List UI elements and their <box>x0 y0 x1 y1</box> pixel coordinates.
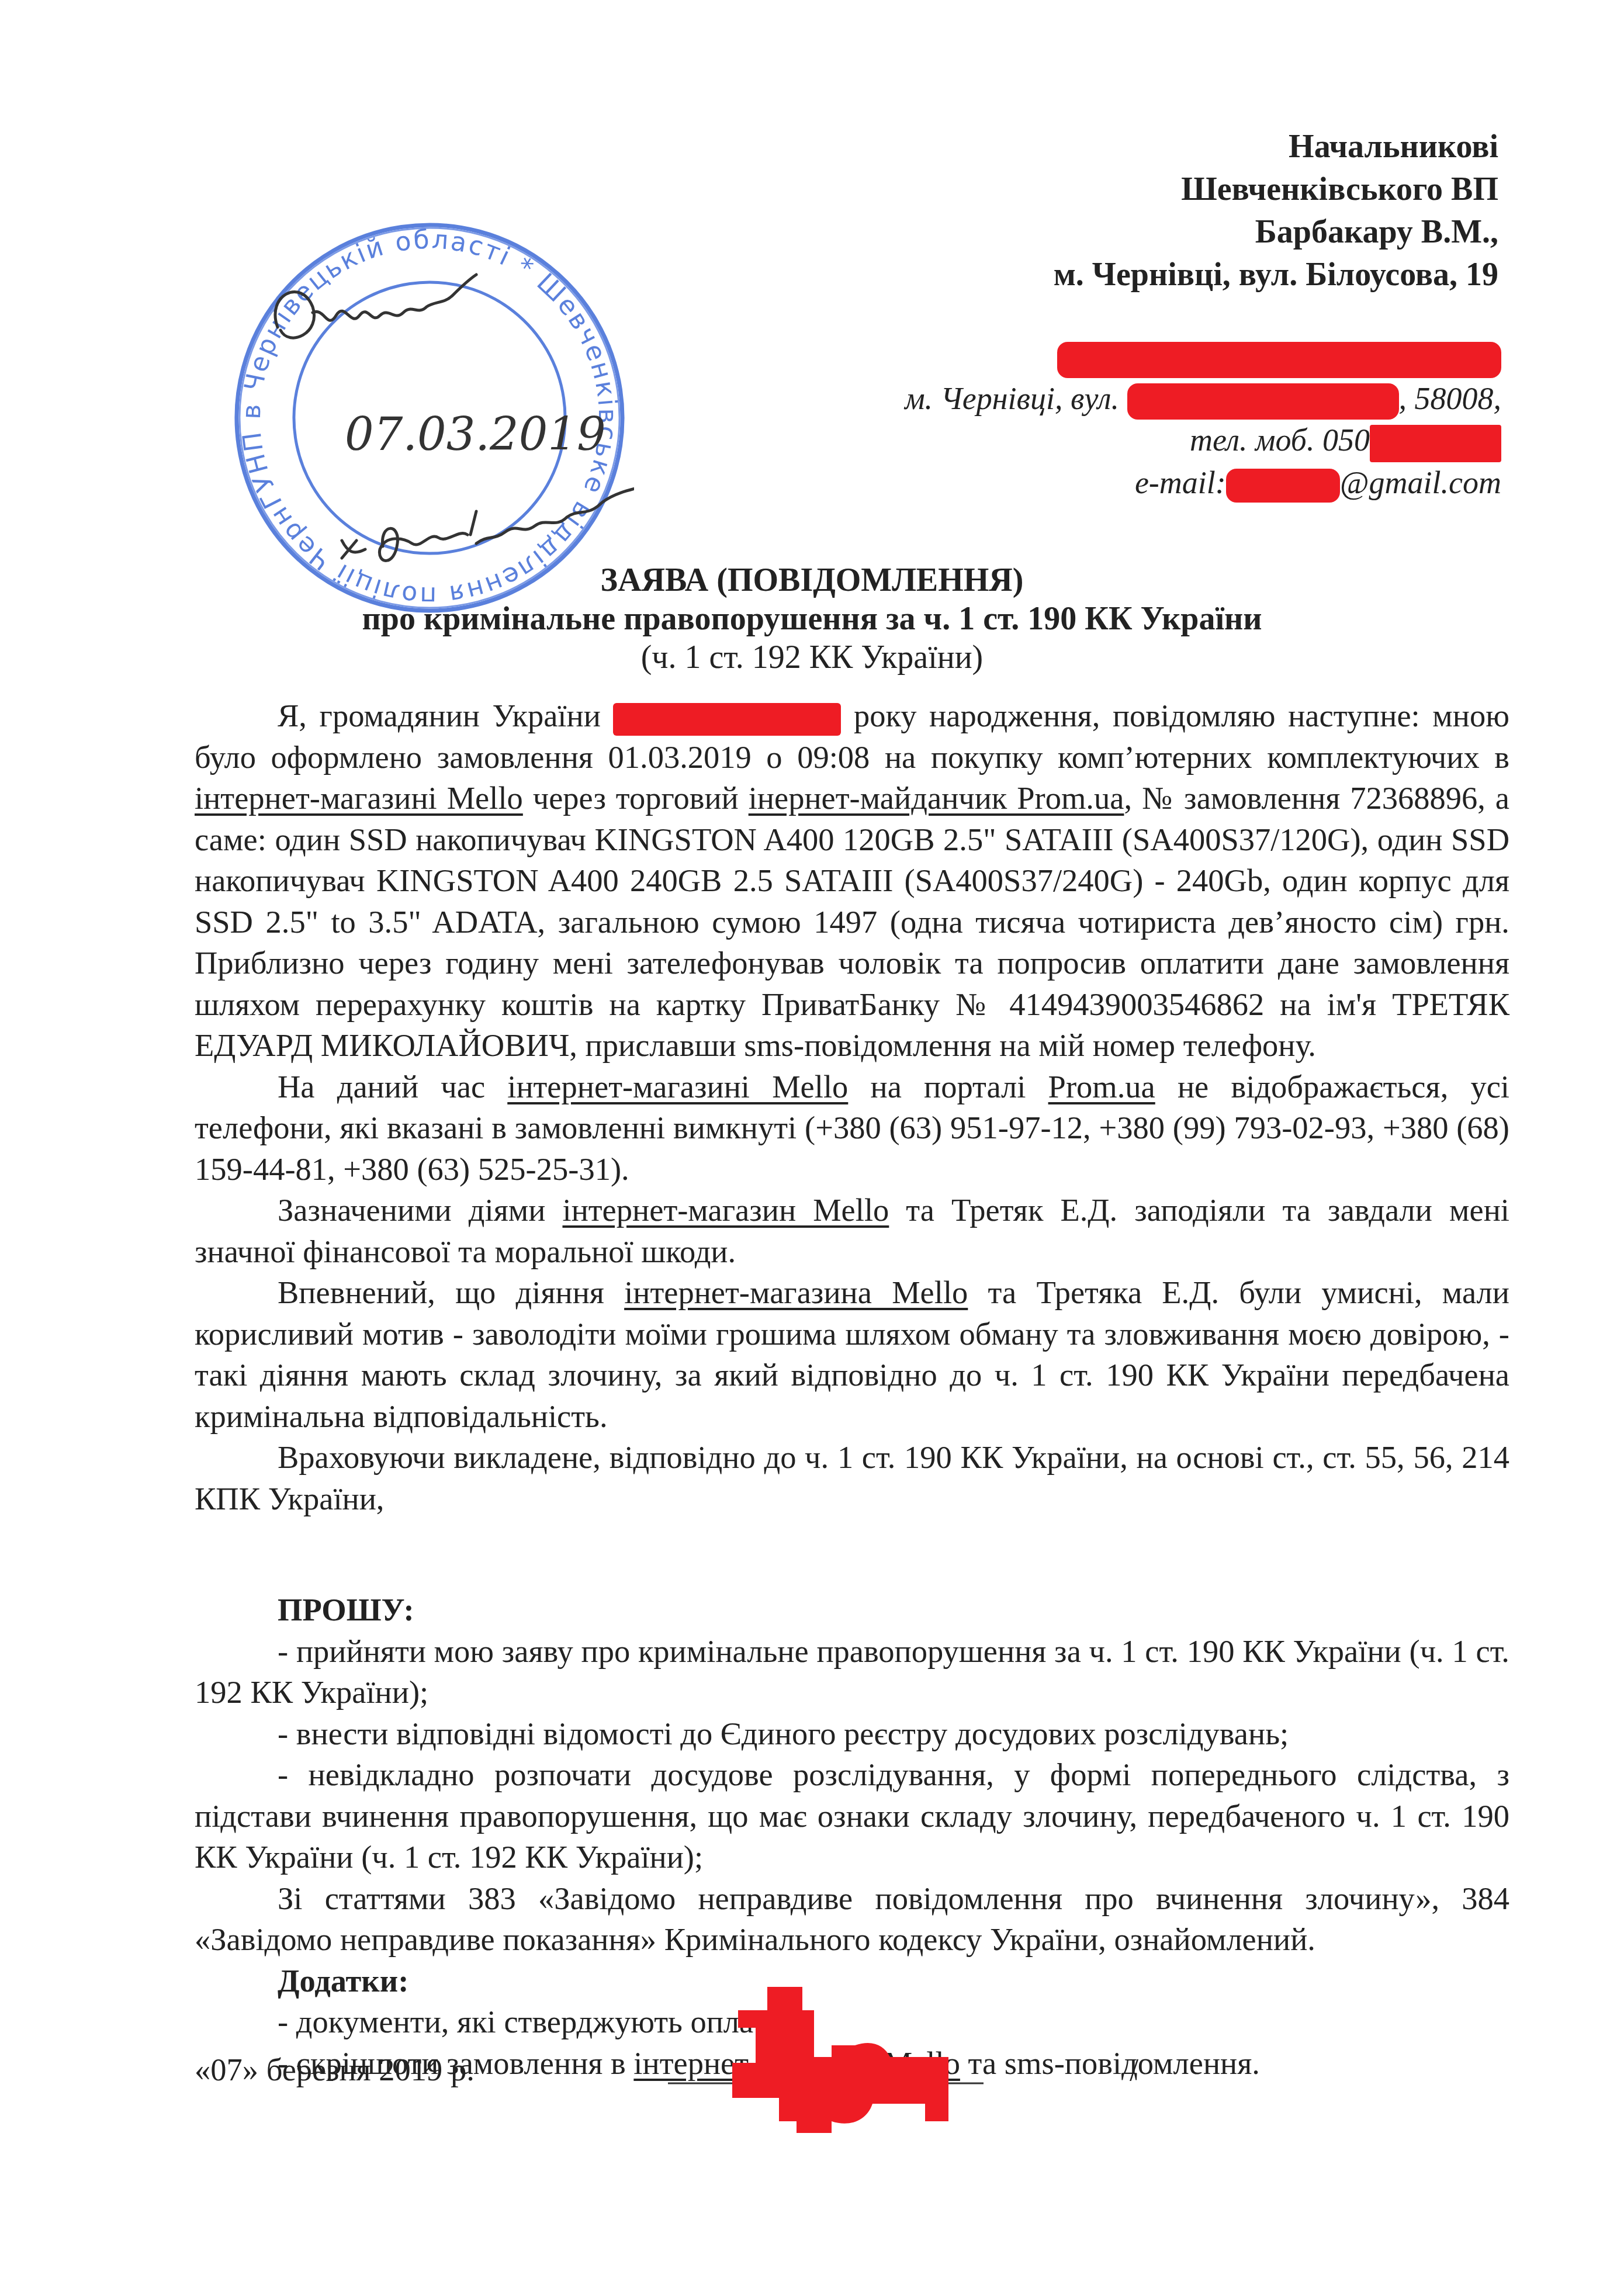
request-item: - невідкладно розпочати досудове розслід… <box>195 1754 1509 1878</box>
paragraph-statement: Я, громадянин України року народження, п… <box>195 695 1509 1066</box>
phone-prefix: тел. моб. 050 <box>1190 423 1370 458</box>
paragraph-current-status: На даний час інтернет-магазині Mello на … <box>195 1066 1509 1190</box>
paragraph-legal-basis: Враховуючи викладене, відповідно до ч. 1… <box>195 1437 1509 1519</box>
link-prom: Prom.ua <box>1048 1069 1155 1104</box>
sender-email-line: e-mail:@gmail.com <box>905 462 1501 504</box>
link-mello-shop: інтернет-магазині Mello <box>195 780 523 816</box>
link-prom-marketplace: інернет-майданчик Prom.ua <box>749 780 1124 816</box>
sender-block: м. Чернівці, вул. , 58008, тел. моб. 050… <box>905 336 1501 504</box>
redacted-name <box>1057 342 1501 378</box>
addressee-block: Начальникові Шевченківського ВП Барбакар… <box>1054 126 1498 296</box>
email-prefix: e-mail: <box>1135 465 1226 500</box>
link-mello-shop: інтернет-магазин Mello <box>562 1192 889 1228</box>
email-domain: @gmail.com <box>1340 465 1501 500</box>
postal-code: , 58008, <box>1399 381 1502 416</box>
sender-address-line: м. Чернівці, вул. , 58008, <box>905 378 1501 420</box>
document-date: «07» березня 2019 р. <box>195 2051 475 2088</box>
paragraph-damages: Зазначеними діями інтернет-магазин Mello… <box>195 1190 1509 1272</box>
request-item: - внести відповідні відомості до Єдиного… <box>195 1713 1509 1755</box>
paragraph-intent: Впевнений, що діяння інтернет-магазина M… <box>195 1272 1509 1437</box>
addressee-line: Шевченківського ВП <box>1054 168 1498 211</box>
request-heading: ПРОШУ: <box>195 1589 1509 1631</box>
document-subtitle-2: (ч. 1 ст. 192 КК України) <box>0 638 1624 677</box>
document-title: ЗАЯВА (ПОВІДОМЛЕННЯ) <box>0 561 1624 600</box>
addressee-line: Барбакару В.М., <box>1054 211 1498 254</box>
addressee-line: м. Чернівці, вул. Білоусова, 19 <box>1054 254 1498 296</box>
sender-name-line <box>905 336 1501 378</box>
request-item: - прийняти мою заяву про кримінальне пра… <box>195 1631 1509 1713</box>
link-mello-shop: інтернет-магазина Mello <box>624 1275 968 1310</box>
address-prefix: м. Чернівці, вул. <box>905 381 1119 416</box>
document-subtitle: про кримінальне правопорушення за ч. 1 с… <box>0 600 1624 638</box>
redacted-street <box>1127 383 1399 420</box>
stamp-date: 07.03.2019 <box>345 408 606 461</box>
redacted-birthdate <box>613 703 841 736</box>
redacted-phone <box>1370 425 1501 462</box>
document-title-block: ЗАЯВА (ПОВІДОМЛЕННЯ) про кримінальне пра… <box>0 561 1624 677</box>
link-mello-shop: інтернет-магазині Mello <box>507 1069 848 1104</box>
redacted-signature-icon <box>662 1981 989 2133</box>
addressee-line: Начальникові <box>1054 126 1498 168</box>
acknowledgement: Зі статтями 383 «Завідомо неправдиве пов… <box>195 1878 1509 1961</box>
document-page: Начальникові Шевченківського ВП Барбакар… <box>0 0 1624 2296</box>
document-body: Я, громадянин України року народження, п… <box>195 695 1509 2084</box>
signature-end: / <box>1130 2051 1138 2088</box>
redacted-email <box>1226 469 1340 503</box>
sender-phone-line: тел. моб. 050 <box>905 420 1501 462</box>
